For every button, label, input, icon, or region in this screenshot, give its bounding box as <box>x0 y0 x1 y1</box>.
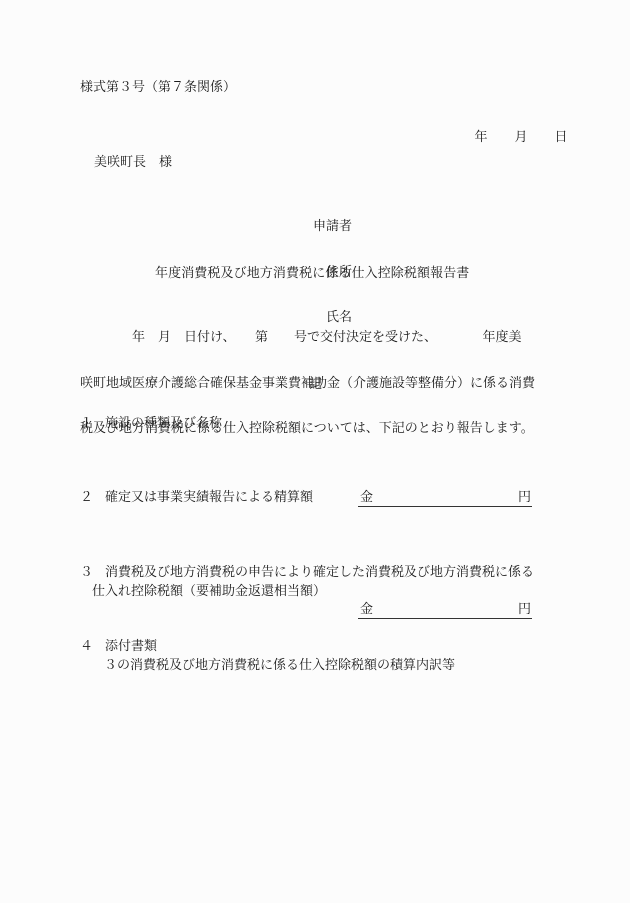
amount-prefix: 金 <box>360 603 373 616</box>
item-label: 確定又は事業実績報告による精算額 <box>105 490 313 505</box>
addressee: 美咲町長 様 <box>94 156 172 169</box>
date-line: 年月日 <box>458 118 568 157</box>
amount-suffix: 円 <box>518 491 531 504</box>
tax-deduction-amount-field[interactable]: 金 円 <box>358 603 532 619</box>
form-number: 様式第３号（第７条関係） <box>80 81 236 94</box>
item-tax-deduction: ３消費税及び地方消費税の申告により確定した消費税及び地方消費税に係る <box>80 566 534 579</box>
item-attachments-detail: ３の消費税及び地方消費税に係る仕入控除税額の積算内訳等 <box>104 659 455 672</box>
date-year-label: 年 <box>475 131 515 144</box>
item-number: ４ <box>80 640 105 653</box>
date-day-label: 日 <box>555 131 568 144</box>
amount-prefix: 金 <box>360 491 373 504</box>
ki-heading: 記 <box>309 378 322 391</box>
item-label-line1: 消費税及び地方消費税の申告により確定した消費税及び地方消費税に係る <box>105 565 534 580</box>
document-title: 年度消費税及び地方消費税に係る仕入控除税額報告書 <box>155 267 469 280</box>
body-line: 年 月 日付け、 第 号で交付決定を受けた、 年度美 <box>80 331 550 351</box>
item-facility: １施設の種類及び名称 <box>80 417 222 430</box>
item-label-line2: 仕入れ控除税額（要補助金返還相当額） <box>92 585 326 598</box>
item-settlement-amount: ２確定又は事業実績報告による精算額 <box>80 491 313 504</box>
item-number: ２ <box>80 491 105 504</box>
item-attachments: ４添付書類 <box>80 640 157 653</box>
item-number: ３ <box>80 566 105 579</box>
date-month-label: 月 <box>515 131 555 144</box>
amount-suffix: 円 <box>518 603 531 616</box>
item-label: 添付書類 <box>105 639 157 654</box>
item-label: 施設の種類及び名称 <box>105 416 222 431</box>
applicant-title: 申請者 <box>313 220 352 240</box>
settlement-amount-field[interactable]: 金 円 <box>358 491 532 507</box>
item-number: １ <box>80 417 105 430</box>
